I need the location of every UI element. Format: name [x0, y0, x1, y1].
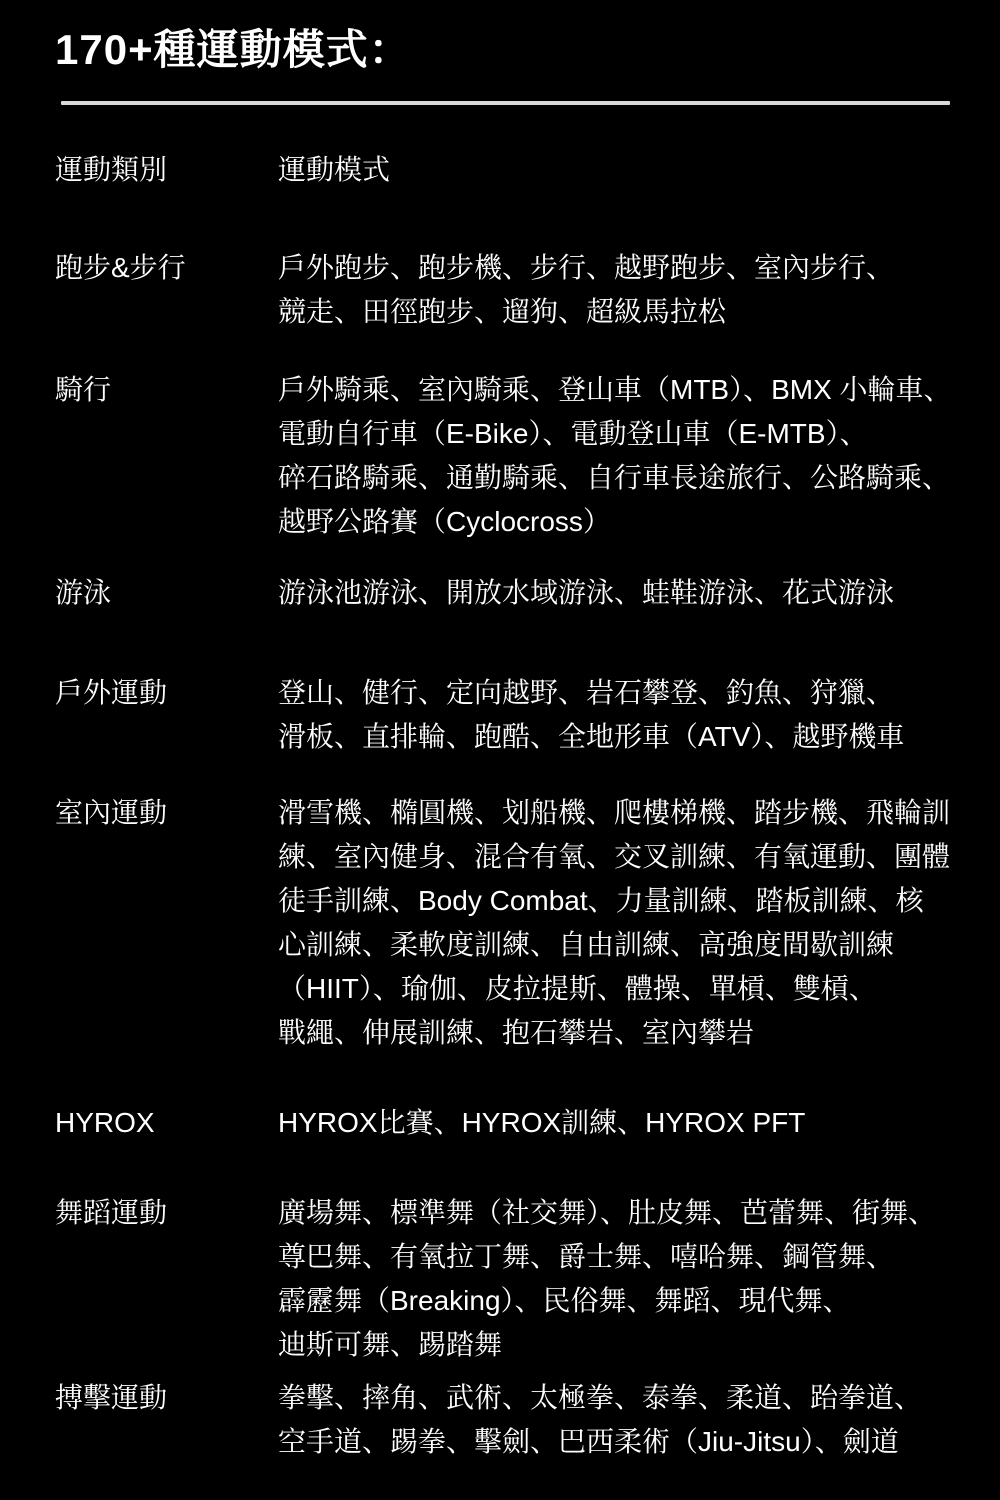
table-row-hyrox: HYROX HYROX比賽、HYROX訓練、HYROX PFT [55, 1101, 952, 1145]
row-category-label: 搏擊運動 [55, 1376, 278, 1420]
table-row-running-walking: 跑步&步行 戶外跑步、跑步機、步行、越野跑步、室內步行、 競走、田徑跑步、遛狗、… [55, 246, 952, 334]
row-category-label: 騎行 [55, 368, 278, 412]
row-category-label: 跑步&步行 [55, 246, 278, 290]
row-modes-text: 拳擊、摔角、武術、太極拳、泰拳、柔道、跆拳道、 空手道、踢拳、擊劍、巴西柔術（J… [278, 1376, 952, 1464]
table-row-combat-sports: 搏擊運動 拳擊、摔角、武術、太極拳、泰拳、柔道、跆拳道、 空手道、踢拳、擊劍、巴… [55, 1376, 952, 1464]
row-modes-text: 戶外騎乘、室內騎乘、登山車（MTB）、BMX 小輪車、 電動自行車（E-Bike… [278, 368, 952, 544]
table-header-row: 運動類別 運動模式 [55, 148, 952, 192]
table-row-indoor-sports: 室內運動 滑雪機、橢圓機、划船機、爬樓梯機、踏步機、飛輪訓 練、室內健身、混合有… [55, 791, 952, 1055]
row-category-label: 室內運動 [55, 791, 278, 835]
row-modes-text: 登山、健行、定向越野、岩石攀登、釣魚、狩獵、 滑板、直排輪、跑酷、全地形車（AT… [278, 671, 952, 759]
row-modes-text: 廣場舞、標準舞（社交舞）、肚皮舞、芭蕾舞、街舞、 尊巴舞、有氧拉丁舞、爵士舞、嘻… [278, 1191, 952, 1367]
row-category-label: 戶外運動 [55, 671, 278, 715]
title-divider-line [61, 101, 950, 105]
table-row-swimming: 游泳 游泳池游泳、開放水域游泳、蛙鞋游泳、花式游泳 [55, 571, 952, 615]
row-modes-text: 戶外跑步、跑步機、步行、越野跑步、室內步行、 競走、田徑跑步、遛狗、超級馬拉松 [278, 246, 952, 334]
column-header-category: 運動類別 [55, 148, 278, 192]
row-modes-text: 滑雪機、橢圓機、划船機、爬樓梯機、踏步機、飛輪訓 練、室內健身、混合有氧、交叉訓… [278, 791, 952, 1055]
row-category-label: 舞蹈運動 [55, 1191, 278, 1235]
sport-modes-table: 運動類別 運動模式 跑步&步行 戶外跑步、跑步機、步行、越野跑步、室內步行、 競… [55, 148, 952, 1464]
row-category-label: 游泳 [55, 571, 278, 615]
column-header-modes: 運動模式 [278, 148, 952, 192]
table-row-outdoor-sports: 戶外運動 登山、健行、定向越野、岩石攀登、釣魚、狩獵、 滑板、直排輪、跑酷、全地… [55, 671, 952, 759]
table-row-dance-sports: 舞蹈運動 廣場舞、標準舞（社交舞）、肚皮舞、芭蕾舞、街舞、 尊巴舞、有氧拉丁舞、… [55, 1191, 952, 1367]
page: 170+種運動模式： 運動類別 運動模式 跑步&步行 戶外跑步、跑步機、步行、越… [0, 0, 1000, 1500]
row-category-label: HYROX [55, 1101, 278, 1145]
table-row-cycling: 騎行 戶外騎乘、室內騎乘、登山車（MTB）、BMX 小輪車、 電動自行車（E-B… [55, 368, 952, 544]
page-title: 170+種運動模式： [55, 25, 952, 75]
row-modes-text: HYROX比賽、HYROX訓練、HYROX PFT [278, 1101, 952, 1145]
row-modes-text: 游泳池游泳、開放水域游泳、蛙鞋游泳、花式游泳 [278, 571, 952, 615]
